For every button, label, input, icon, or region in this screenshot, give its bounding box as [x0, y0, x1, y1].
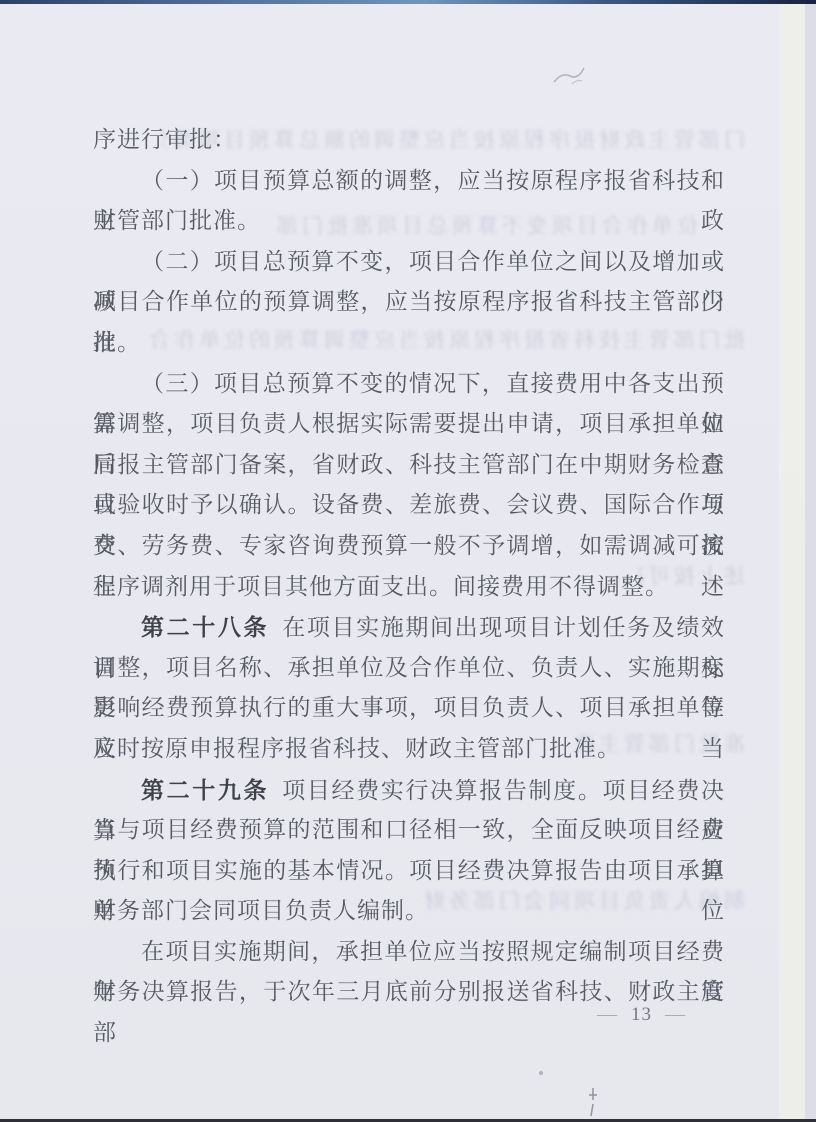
line-text: 主管部门批准。 [93, 208, 261, 233]
text-line: 第二十八条在项目实施期间出现项目计划任务及绩效目标 [93, 607, 725, 648]
text-line: 序进行审批： [93, 120, 725, 161]
text-line: 程序调剂用于项目其他方面支出。间接费用不得调整。 [93, 567, 725, 608]
text-line: （二）项目总预算不变，项目合作单位之间以及增加或减少 [93, 242, 725, 283]
text-line: 执行和项目实施的基本情况。项目经费决算报告由项目承担单位 [93, 851, 725, 892]
line-text: 准。 [93, 330, 141, 355]
article-number: 第二十九条 [141, 777, 269, 803]
line-text: 财务部门会同项目负责人编制。 [93, 898, 429, 923]
page-number-value: 13 [631, 1004, 652, 1026]
scan-edge-top [0, 0, 816, 4]
text-line: 需调整，项目负责人根据实际需要提出申请，项目承担单位同意 [93, 404, 725, 445]
paper-fold-band [779, 4, 805, 1119]
text-line: 在项目实施期间，承担单位应当按照规定编制项目经费年度 [93, 932, 725, 973]
line-text: 序进行审批： [93, 127, 237, 152]
line-text: 及时按原申报程序报省科技、财政主管部门批准。 [93, 736, 621, 761]
line-text: 程序调剂用于项目其他方面支出。间接费用不得调整。 [93, 574, 669, 599]
scan-edge-right [805, 4, 816, 1119]
text-line: 第二十九条项目经费实行决算报告制度。项目经费决算应 [93, 770, 725, 811]
text-line: 项目合作单位的预算调整，应当按原程序报省科技主管部门批 [93, 282, 725, 323]
text-line: 调整，项目名称、承担单位及合作单位、负责人、实施期变更等 [93, 648, 725, 689]
article-number: 第二十八条 [141, 614, 269, 640]
text-line: 后报主管部门备案，省财政、科技主管部门在中期财务检查或项 [93, 445, 725, 486]
text-line: （三）项目总预算不变的情况下，直接费用中各支出预算如 [93, 364, 725, 405]
text-line: 目验收时予以确认。设备费、差旅费、会议费、国际合作与交流 [93, 485, 725, 526]
page-number-dash-right: — [665, 1003, 686, 1026]
text-line: 影响经费预算执行的重大事项，项目负责人、项目承担单位应当 [93, 688, 725, 729]
scanned-document-page: { "document": { "lines": [ {"t": "序进行审批：… [0, 0, 816, 1122]
text-line: 费、劳务费、专家咨询费预算一般不予调增，如需调减可按上述 [93, 526, 725, 567]
ink-speck [539, 1071, 543, 1075]
text-line: 当与项目经费预算的范围和口径相一致，全面反映项目经费预算 [93, 810, 725, 851]
document-body: 序进行审批：（一）项目预算总额的调整，应当按原程序报省科技和财政主管部门批准。（… [93, 120, 725, 1013]
page-number-dash-left: — [597, 1003, 618, 1026]
pencil-mark-bottom [584, 1086, 602, 1118]
page-number: — 13 — [597, 1003, 686, 1026]
pencil-mark-top [548, 60, 590, 92]
text-line: （一）项目预算总额的调整，应当按原程序报省科技和财政 [93, 161, 725, 202]
text-line: 准。 [93, 323, 725, 364]
